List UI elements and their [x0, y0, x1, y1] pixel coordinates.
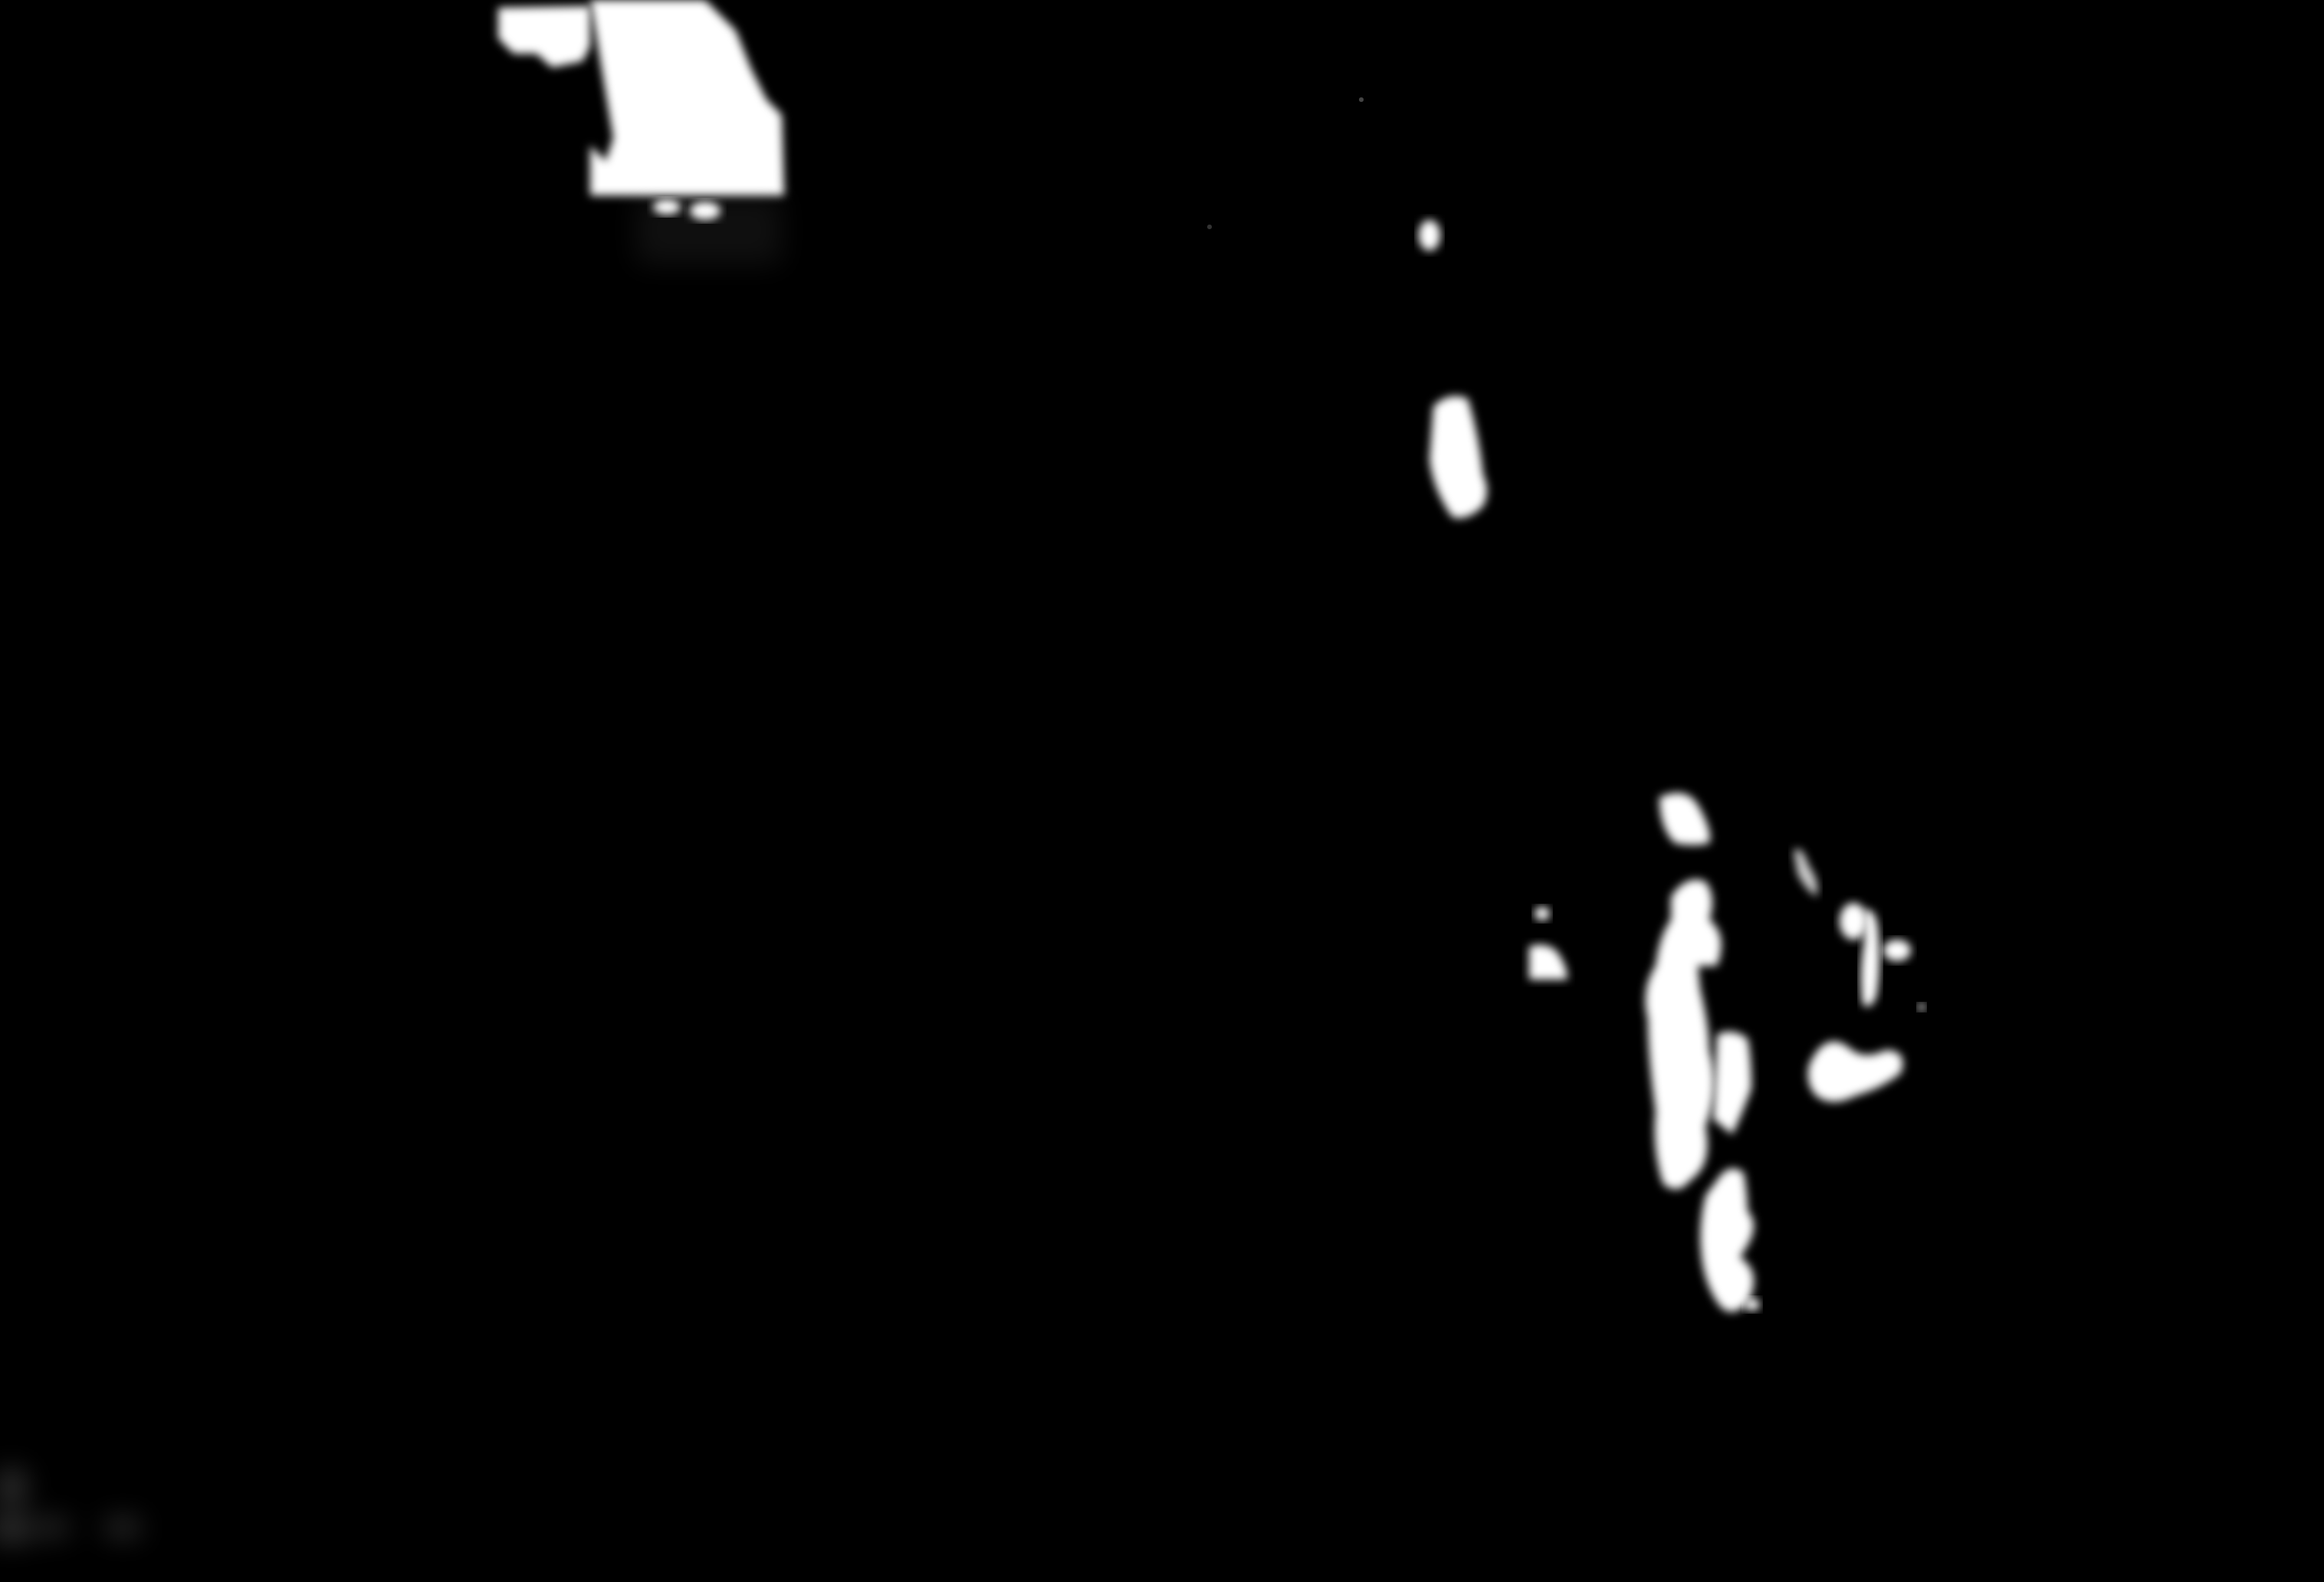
background — [0, 0, 2324, 1582]
faint-haze — [636, 195, 782, 264]
segmentation-mask — [0, 0, 2324, 1582]
